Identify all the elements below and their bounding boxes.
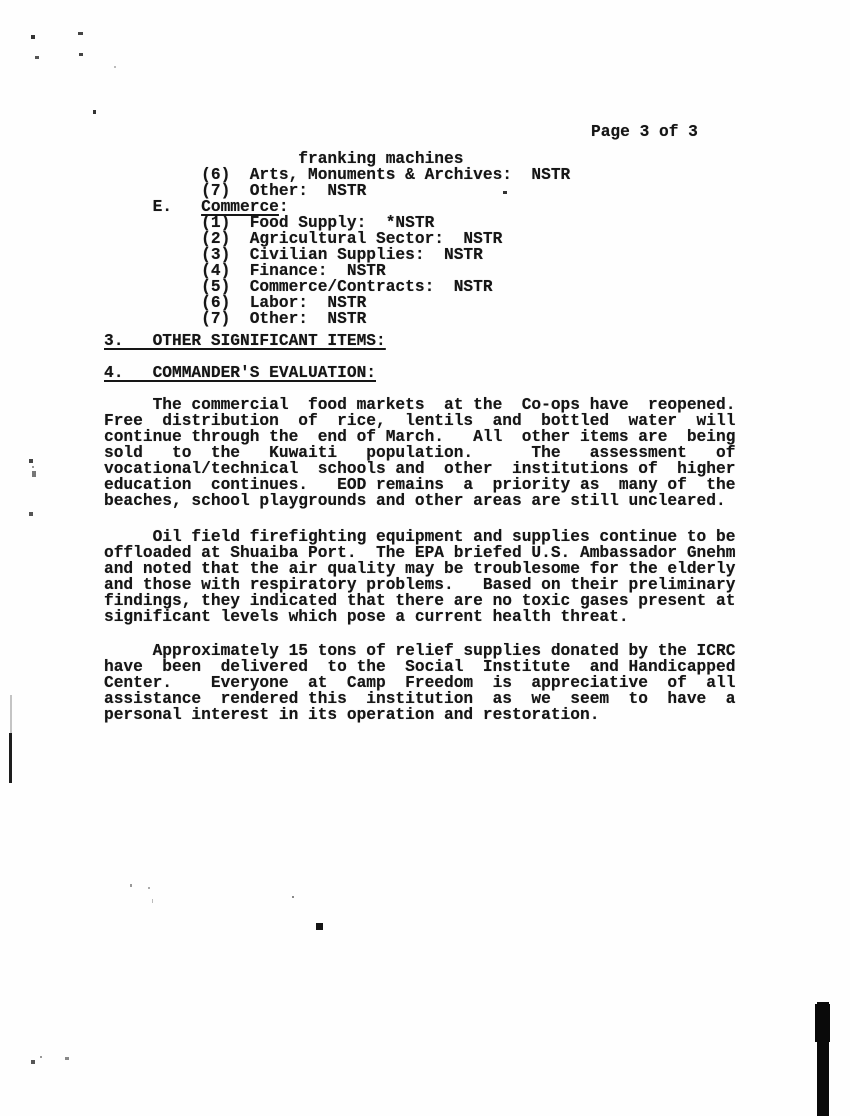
document-line: E. Commerce: [104,199,735,215]
scan-artifact-speck [40,1056,42,1058]
document-line: and those with respiratory problems. Bas… [104,577,735,593]
scan-artifact-speck [29,512,33,516]
scan-artifact-vertical-line [9,733,12,783]
document-line: (7) Other: NSTR [104,183,735,199]
underlined-text: 3. OTHER SIGNIFICANT ITEMS: [104,332,386,350]
scan-artifact-speck [130,884,132,887]
document-line: (4) Finance: NSTR [104,263,735,279]
document-line: (6) Arts, Monuments & Archives: NSTR [104,167,735,183]
scan-artifact-speck [31,35,35,39]
scan-artifact-speck [32,471,36,477]
document-line: findings, they indicated that there are … [104,593,735,609]
document-body: franking machines (6) Arts, Monuments & … [104,151,735,723]
page-number: Page 3 of 3 [591,124,698,140]
scan-artifact-speck [114,66,116,68]
underlined-text: 4. COMMANDER'S EVALUATION: [104,364,376,382]
document-line [104,349,735,365]
scan-artifact-speck [29,459,33,463]
scan-artifact-speck [78,32,83,35]
document-line: personal interest in its operation and r… [104,707,735,723]
document-line: Oil field firefighting equipment and sup… [104,529,735,545]
document-line: (2) Agricultural Sector: NSTR [104,231,735,247]
document-line: (3) Civilian Supplies: NSTR [104,247,735,263]
document-line: The commercial food markets at the Co-op… [104,397,735,413]
document-line: 3. OTHER SIGNIFICANT ITEMS: [104,333,735,349]
scan-artifact-speck [93,110,96,114]
document-line: Approximately 15 tons of relief supplies… [104,643,735,659]
scan-artifact-speck [148,887,150,889]
scan-artifact-speck [79,53,83,56]
scan-artifact-speck [503,191,507,194]
document-line: education continues. EOD remains a prior… [104,477,735,493]
document-line: continue through the end of March. All o… [104,429,735,445]
scan-artifact-speck [152,899,153,903]
document-line: (6) Labor: NSTR [104,295,735,311]
document-line: (1) Food Supply: *NSTR [104,215,735,231]
document-line: have been delivered to the Social Instit… [104,659,735,675]
scan-artifact-speck [292,896,294,898]
document-line [104,509,735,525]
scan-artifact-ink-blot [316,923,323,930]
document-line [104,625,735,641]
text-segment: significant levels which pose a current … [104,608,629,626]
document-line: and noted that the air quality may be tr… [104,561,735,577]
scan-artifact-speck [35,56,39,59]
text-segment: beaches, school playgrounds and other ar… [104,492,726,510]
document-line: franking machines [104,151,735,167]
scan-artifact-speck [65,1057,69,1060]
document-line: Center. Everyone at Camp Freedom is appr… [104,675,735,691]
document-line [104,381,735,397]
document-line: offloaded at Shuaiba Port. The EPA brief… [104,545,735,561]
document-line: beaches, school playgrounds and other ar… [104,493,735,509]
document-line: sold to the Kuwaiti population. The asse… [104,445,735,461]
scan-artifact-edge-bar-notch [815,1004,830,1042]
document-line: assistance rendered this institution as … [104,691,735,707]
document-page: Page 3 of 3 franking machines (6) Arts, … [0,0,850,1116]
text-segment: personal interest in its operation and r… [104,706,599,724]
document-line: (5) Commerce/Contracts: NSTR [104,279,735,295]
scan-artifact-speck [31,1060,35,1064]
document-line: 4. COMMANDER'S EVALUATION: [104,365,735,381]
document-line: (7) Other: NSTR [104,311,735,327]
scan-artifact-speck [32,466,34,468]
document-line: significant levels which pose a current … [104,609,735,625]
document-line: vocational/technical schools and other i… [104,461,735,477]
document-line: Free distribution of rice, lentils and b… [104,413,735,429]
text-segment: (7) Other: NSTR [104,310,366,328]
